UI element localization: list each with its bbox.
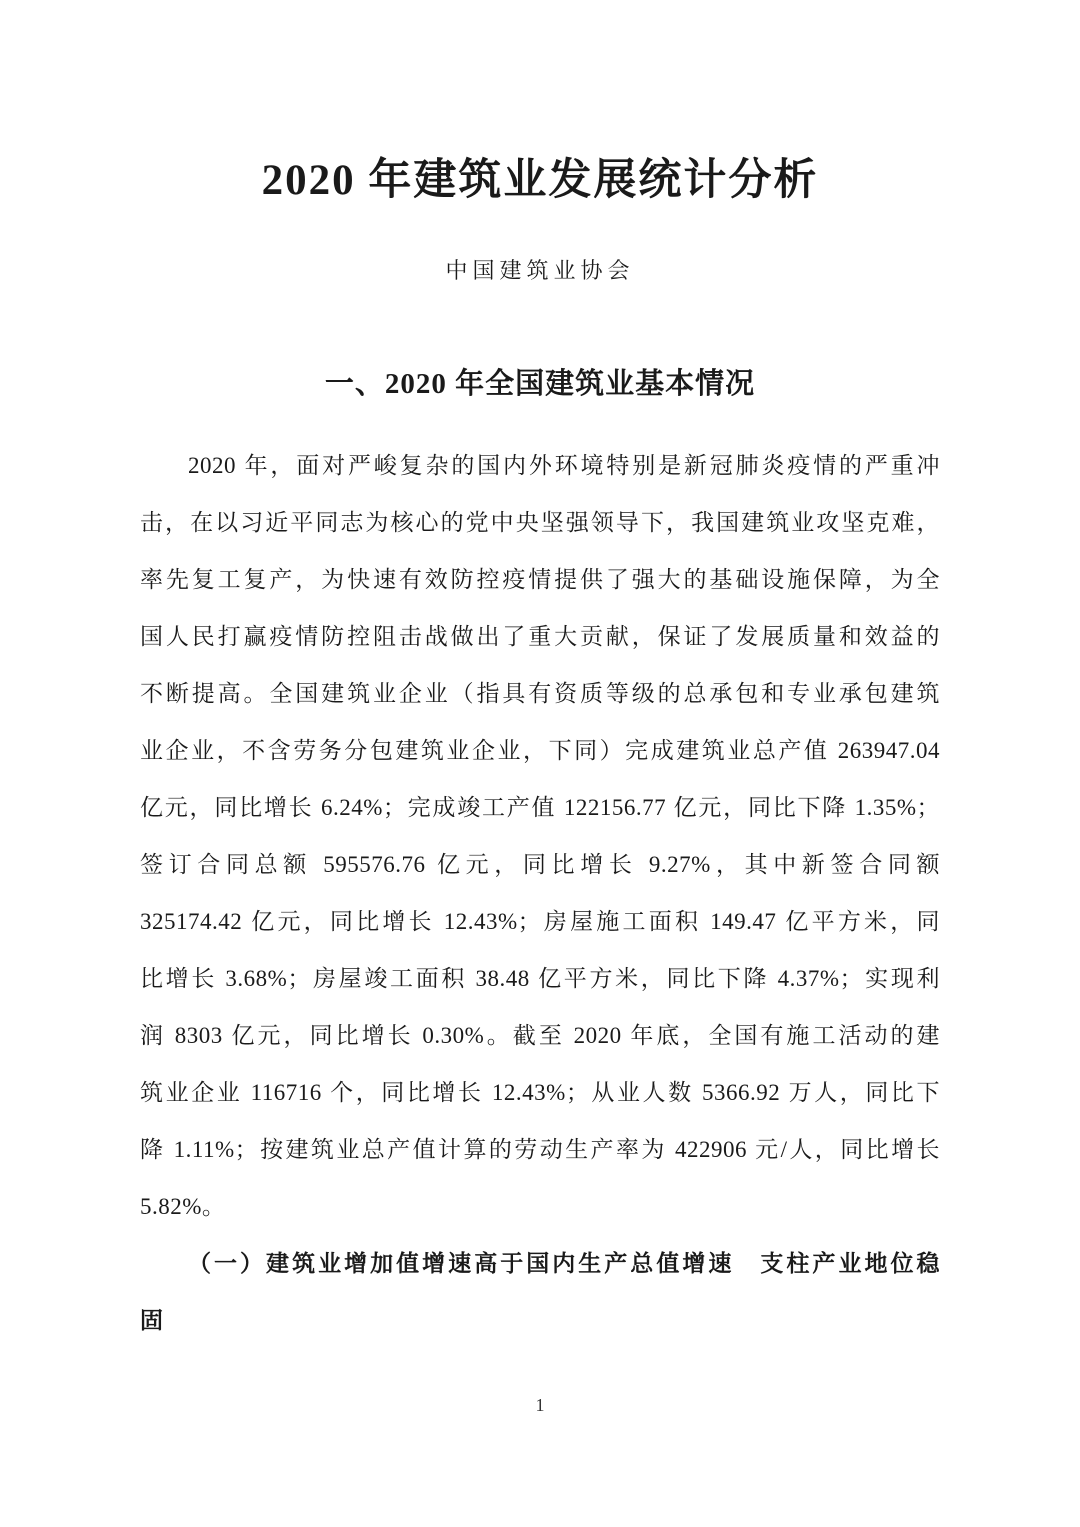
body-line: 润 8303 亿元，同比增长 0.30%。截至 2020 年底，全国有施工活动的… — [140, 1007, 940, 1064]
body-text: 2020 年，面对严峻复杂的国内外环境特别是新冠肺炎疫情的严重冲 击，在以习近平… — [140, 437, 940, 1349]
body-line: 筑业企业 116716 个，同比增长 12.43%；从业人数 5366.92 万… — [140, 1064, 940, 1121]
body-line: 比增长 3.68%；房屋竣工面积 38.48 亿平方米，同比下降 4.37%；实… — [140, 950, 940, 1007]
document-subtitle: 中国建筑业协会 — [0, 259, 1080, 283]
body-line: 率先复工复产，为快速有效防控疫情提供了强大的基础设施保障，为全 — [140, 551, 940, 608]
body-line: 降 1.11%；按建筑业总产值计算的劳动生产率为 422906 元/人，同比增长 — [140, 1121, 940, 1178]
body-line: 5.82%。 — [140, 1178, 940, 1235]
section-heading: 一、2020 年全国建筑业基本情况 — [0, 369, 1080, 399]
body-line: 国人民打赢疫情防控阻击战做出了重大贡献，保证了发展质量和效益的 — [140, 608, 940, 665]
body-line: 325174.42 亿元，同比增长 12.43%；房屋施工面积 149.47 亿… — [140, 893, 940, 950]
page-number: 1 — [0, 1396, 1080, 1414]
body-paragraph: 2020 年，面对严峻复杂的国内外环境特别是新冠肺炎疫情的严重冲 击，在以习近平… — [140, 437, 940, 1235]
subsection-heading-line: 固 — [140, 1292, 940, 1349]
document-title: 2020 年建筑业发展统计分析 — [0, 158, 1080, 204]
body-line: 签订合同总额 595576.76 亿元，同比增长 9.27%，其中新签合同额 — [140, 836, 940, 893]
subsection-heading: （一）建筑业增加值增速高于国内生产总值增速 支柱产业地位稳 固 — [140, 1235, 940, 1349]
body-line: 2020 年，面对严峻复杂的国内外环境特别是新冠肺炎疫情的严重冲 — [140, 437, 940, 494]
body-line: 不断提高。全国建筑业企业（指具有资质等级的总承包和专业承包建筑 — [140, 665, 940, 722]
subsection-heading-line: （一）建筑业增加值增速高于国内生产总值增速 支柱产业地位稳 — [140, 1235, 940, 1292]
body-line: 业企业，不含劳务分包建筑业企业，下同）完成建筑业总产值 263947.04 — [140, 722, 940, 779]
document-page: 2020 年建筑业发展统计分析 中国建筑业协会 一、2020 年全国建筑业基本情… — [0, 0, 1080, 1527]
body-line: 击，在以习近平同志为核心的党中央坚强领导下，我国建筑业攻坚克难， — [140, 494, 940, 551]
body-line: 亿元，同比增长 6.24%；完成竣工产值 122156.77 亿元，同比下降 1… — [140, 779, 940, 836]
